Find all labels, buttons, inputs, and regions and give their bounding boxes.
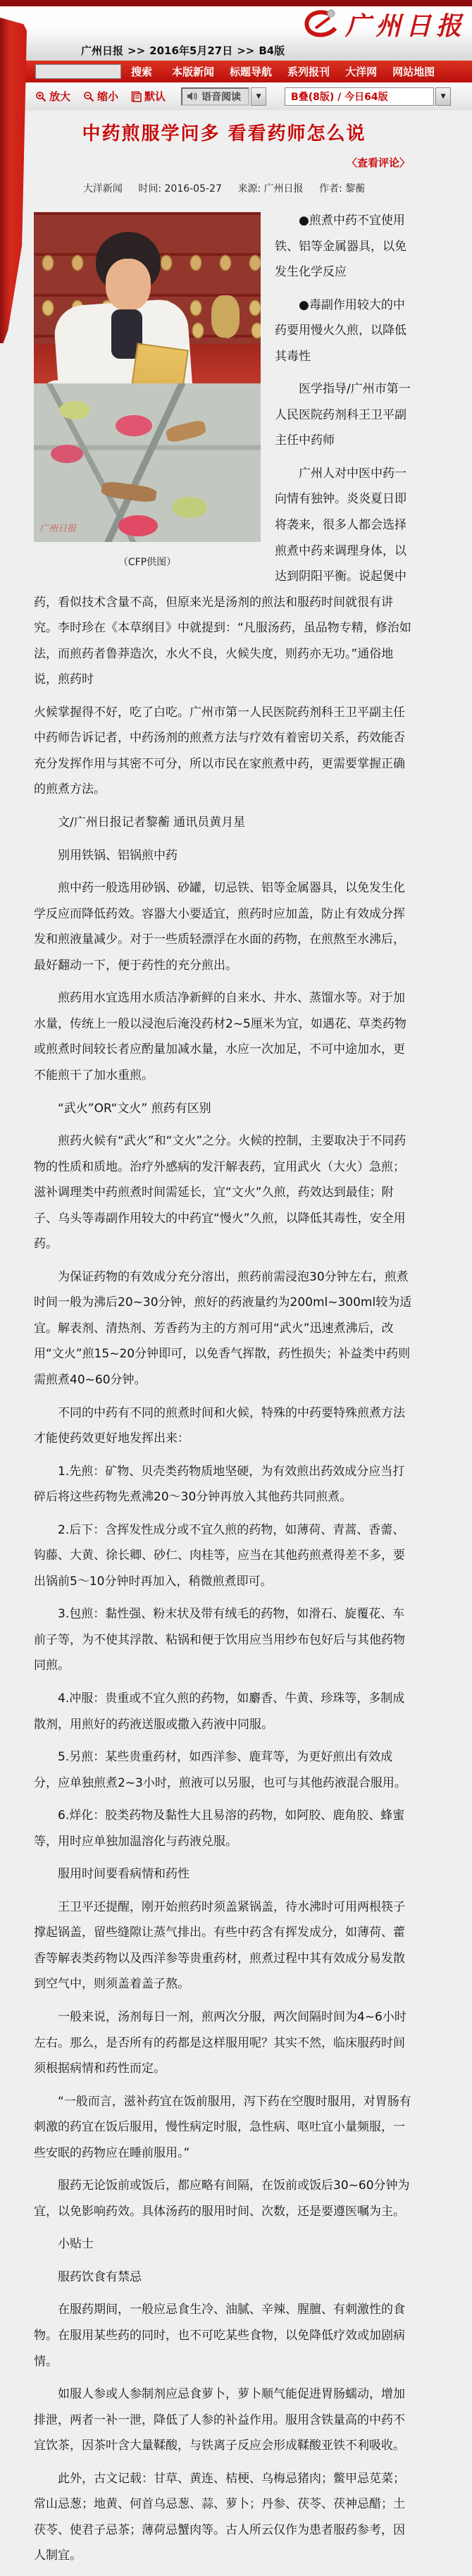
voice-dropdown-arrow-icon[interactable]: ▼	[251, 87, 266, 106]
paragraph: 2.后下：含挥发性成分或不宜久煎的药物，如薄荷、青蒿、香薷、钩藤、大黄、徐长卿、…	[34, 1517, 414, 1595]
search-input[interactable]	[35, 64, 121, 79]
meta-author-label: 作者:	[319, 183, 342, 195]
edition-select[interactable]: B叠(8版) / 今日64版 ▼	[285, 87, 451, 106]
article-meta: 大洋新闻 时间: 2016-05-27 来源: 广州日报 作者: 黎蘅	[34, 181, 414, 195]
comments-row: 〈查看评论〉	[34, 155, 410, 170]
section-heading: “武火”OR“文火” 煎药有区别	[34, 1096, 414, 1122]
photo-caption: （CFP供图）	[34, 552, 261, 573]
edition-dropdown-arrow-icon[interactable]: ▼	[435, 87, 451, 106]
search-button[interactable]: 搜索	[131, 64, 152, 79]
meta-source: 大洋新闻	[83, 183, 123, 195]
nav-link-section-news[interactable]: 本版新闻	[172, 64, 214, 79]
default-size-button[interactable]: 默认	[131, 89, 166, 104]
voice-reading-label: 语音阅读	[201, 90, 241, 104]
top-maroon-bar	[0, 0, 472, 6]
paragraph: 不同的中药有不同的煎煮时间和火候，特殊的中药要特殊煎煮方法才能使药效更好地发挥出…	[34, 1400, 414, 1452]
article-photo: 广州日报	[34, 212, 261, 542]
paragraph: 煎药用水宜选用水质洁净新鲜的自来水、井水、蒸馏水等。对于加水量，传统上一般以浸泡…	[34, 985, 414, 1088]
breadcrumb-edition[interactable]: B4版	[259, 44, 285, 57]
paragraph: 煎中药一般选用砂锅、砂罐，切忌铁、铝等金属器具，以免发生化学反应而降低药效。容器…	[34, 875, 414, 978]
paragraph: 3.包煎：黏性强、粉末状及带有绒毛的药物，如滑石、旋覆花、车前子等，为不使其浮散…	[34, 1601, 414, 1679]
voice-reading-select[interactable]: 语音阅读 ▼	[181, 87, 266, 106]
newspaper-logo[interactable]: 广州日报	[302, 6, 466, 42]
section-heading: 小贴士	[34, 2231, 414, 2257]
magnifier-plus-icon	[35, 91, 46, 102]
byline: 文/广州日报记者黎蘅 通讯员黄月星	[34, 810, 414, 836]
photo-jar-large	[211, 295, 240, 338]
document-icon	[131, 91, 142, 102]
magnifier-minus-icon	[83, 91, 94, 102]
view-comments-link[interactable]: 〈查看评论〉	[347, 156, 410, 169]
photo-pharmacist-face	[106, 259, 151, 311]
paragraph: 此外，古文记载：甘草、黄连、桔梗、乌梅忌猪肉；鳖甲忌苋菜；常山忌葱；地黄、何首乌…	[34, 2466, 414, 2569]
nav-link-headline-nav[interactable]: 标题导航	[230, 64, 272, 79]
meta-origin-label: 来源:	[237, 183, 261, 195]
photo-watermark: 广州日报	[39, 519, 76, 539]
default-size-label: 默认	[144, 89, 166, 104]
photo-herb-green	[59, 401, 90, 419]
voice-reading-box: 语音阅读	[181, 87, 249, 106]
edition-select-value: B叠(8版) / 今日64版	[285, 87, 434, 106]
paragraph: 煎药火候有“武火”和“文火”之分。火候的控制，主要取决于不同药物的性质和质地。治…	[34, 1128, 414, 1257]
paragraph: 一般来说，汤剂每日一剂，煎两次分服，两次间隔时间为4~6小时左右。那么，是否所有…	[34, 2004, 414, 2082]
logo-swoosh-icon	[302, 8, 345, 41]
nav-link-dayoo[interactable]: 大洋网	[345, 64, 377, 79]
breadcrumb-paper[interactable]: 广州日报	[81, 44, 123, 57]
nav-links: 本版新闻 标题导航 系列报刊 大洋网 网站地图	[172, 64, 435, 79]
paragraph: 为保证药物的有效成分充分溶出，煎药前需浸泡30分钟左右，煎煮时间一般为沸后20~…	[34, 1264, 414, 1393]
intro-continuation: 火候掌握得不好，吃了白吃。广州市第一人民医院药剂科王卫平副主任中药师告诉记者，中…	[34, 700, 414, 803]
paragraph: 服药无论饭前或饭后，都应略有间隔，在饭前或饭后30~60分钟为宜，以免影响药效。…	[34, 2173, 414, 2224]
masthead: 广州日报 广州日报>>2016年5月27日>>B4版	[0, 6, 472, 61]
zoom-in-label: 放大	[49, 89, 70, 104]
zoom-out-button[interactable]: 缩小	[83, 89, 118, 104]
breadcrumb: 广州日报>>2016年5月27日>>B4版	[81, 43, 285, 58]
paragraph: 1.先煎：矿物、贝壳类药物质地坚硬，为有效煎出药效成分应当打碎后将这些药物先煮沸…	[34, 1459, 414, 1510]
main-navbar: 搜索 本版新闻 标题导航 系列报刊 大洋网 网站地图	[0, 61, 472, 82]
toolbar: 放大 缩小 默认 语音阅读 ▼ B叠(8版) / 今日64版	[0, 82, 472, 111]
paragraph: 4.冲服：贵重或不宜久煎的药物，如麝香、牛黄、珍珠等，多制成散剂，用煎好的药液送…	[34, 1686, 414, 1737]
section-heading: 服药饮食有禁忌	[34, 2264, 414, 2291]
section-heading: 服用时间要看病情和药性	[34, 1861, 414, 1887]
meta-author: 黎蘅	[345, 183, 365, 195]
meta-time-label: 时间:	[138, 183, 161, 195]
nav-link-series-papers[interactable]: 系列报刊	[287, 64, 330, 79]
zoom-in-button[interactable]: 放大	[35, 89, 70, 104]
article: 中药煎服学问多 看看药师怎么说 〈查看评论〉 大洋新闻 时间: 2016-05-…	[34, 111, 414, 2576]
paragraph: “一般而言，滋补药宜在饭前服用，泻下药在空腹时服用，对胃肠有刺激的药宜在饭后服用…	[34, 2089, 414, 2167]
breadcrumb-date[interactable]: 2016年5月27日	[149, 44, 232, 57]
paragraph: 王卫平还提醒，刚开始煎药时须盖紧锅盖，待水沸时可用两根筷子撑起锅盖，留些缝隙让蒸…	[34, 1894, 414, 1997]
paragraph: 6.烊化：胶类药物及黏性大且易溶的药物，如阿胶、鹿角胶、蜂蜜等，用时应单独加温溶…	[34, 1803, 414, 1854]
zoom-out-label: 缩小	[97, 89, 118, 104]
article-photo-figure: 广州日报 （CFP供图）	[34, 212, 261, 573]
breadcrumb-separator: >>	[128, 44, 145, 57]
article-body: 广州日报 （CFP供图） ●煎煮中药不宜使用铁、铝等金属器具，以免发生化学反应 …	[34, 208, 414, 2569]
side-ribbon	[0, 18, 27, 343]
photo-herb-pink	[51, 445, 83, 463]
breadcrumb-separator: >>	[237, 44, 254, 57]
paragraph: 5.另煎：某些贵重药材，如西洋参、鹿茸等，为更好煎出有效成分，应单独煎煮2~3小…	[34, 1744, 414, 1796]
logo-text: 广州日报	[345, 6, 466, 42]
nav-link-sitemap[interactable]: 网站地图	[392, 64, 435, 79]
paragraph: 如服人参或人参制剂应忌食萝卜，萝卜顺气能促进胃肠蠕动，增加排泄，两者一补一泄，降…	[34, 2381, 414, 2459]
meta-origin: 广州日报	[264, 183, 304, 195]
photo-herb-pink	[116, 415, 152, 436]
photo-herb-pink	[118, 515, 158, 536]
photo-herb-green	[172, 497, 207, 518]
speaker-icon	[187, 91, 198, 101]
paragraph: 在服药期间，一般应忌食生冷、油腻、辛辣、腥膻、有刺激性的食物。在服用某些药的同时…	[34, 2297, 414, 2374]
meta-time: 2016-05-27	[165, 183, 222, 195]
section-heading: 别用铁锅、铝锅煎中药	[34, 843, 414, 869]
article-title: 中药煎服学问多 看看药师怎么说	[34, 119, 414, 145]
